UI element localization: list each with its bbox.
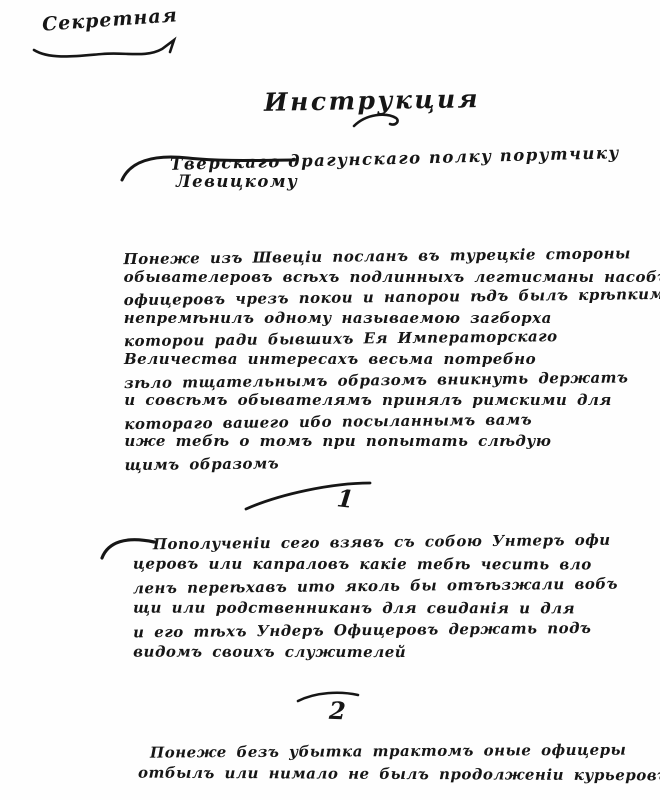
handwritten-line: Величества интересахъ весьма потребно <box>124 349 660 370</box>
section-number-2: 2 <box>328 696 346 726</box>
title-tail-flourish <box>352 112 404 130</box>
section-2-divider-flourish <box>296 689 360 703</box>
manuscript-page: Секретная Инструкция Тверскаго драгунска… <box>0 0 660 800</box>
handwritten-line: Пополученіи сего взявъ съ собою Унтеръ о… <box>153 529 618 555</box>
handwritten-line: и его тѣхъ Ундеръ Офицеровъ держать подъ <box>133 617 618 644</box>
section-2-paragraph: Понеже безъ убытка трактомъ оные офицеры… <box>150 740 660 785</box>
handwritten-line: иже тебѣ о томъ при попытать слѣдую <box>124 431 660 452</box>
section-1-paragraph: Пополученіи сего взявъ съ собою Унтеръ о… <box>133 530 619 664</box>
handwritten-line: ленъ переѣхавъ ито яколь бы отъѣзжали во… <box>133 573 618 600</box>
handwritten-line: отбылъ или нимало не былъ продолженіи ку… <box>138 761 660 786</box>
handwritten-line: офицеровъ чрезъ покои и напорои ѣдъ былъ… <box>124 284 660 311</box>
handwritten-line: видомъ своихъ служителей <box>133 641 618 664</box>
corner-note: Секретная <box>41 4 178 35</box>
handwritten-line: Понеже изъ Швеціи посланъ въ турецкіе ст… <box>123 243 660 270</box>
handwritten-line: щи или родственниканъ для свиданія и для <box>133 597 618 620</box>
preamble-paragraph: Понеже изъ Швеціи посланъ въ турецкіе ст… <box>123 245 660 474</box>
section-number-1: 1 <box>336 483 356 514</box>
addressee-line-2: Левицкому <box>176 172 298 191</box>
handwritten-line: Понеже безъ убытка трактомъ оные офицеры <box>150 738 660 764</box>
addressee-line-1: Тверскаго драгунскаго полку порутчику <box>170 143 620 174</box>
handwritten-line: щимъ образомъ <box>124 449 660 476</box>
handwritten-line: и совсѣмъ обывателямъ принялъ римскими д… <box>124 390 660 411</box>
handwritten-line: церовъ или капраловъ какіе тебѣ чесить в… <box>133 553 618 576</box>
corner-note-underline-flourish <box>30 36 180 64</box>
